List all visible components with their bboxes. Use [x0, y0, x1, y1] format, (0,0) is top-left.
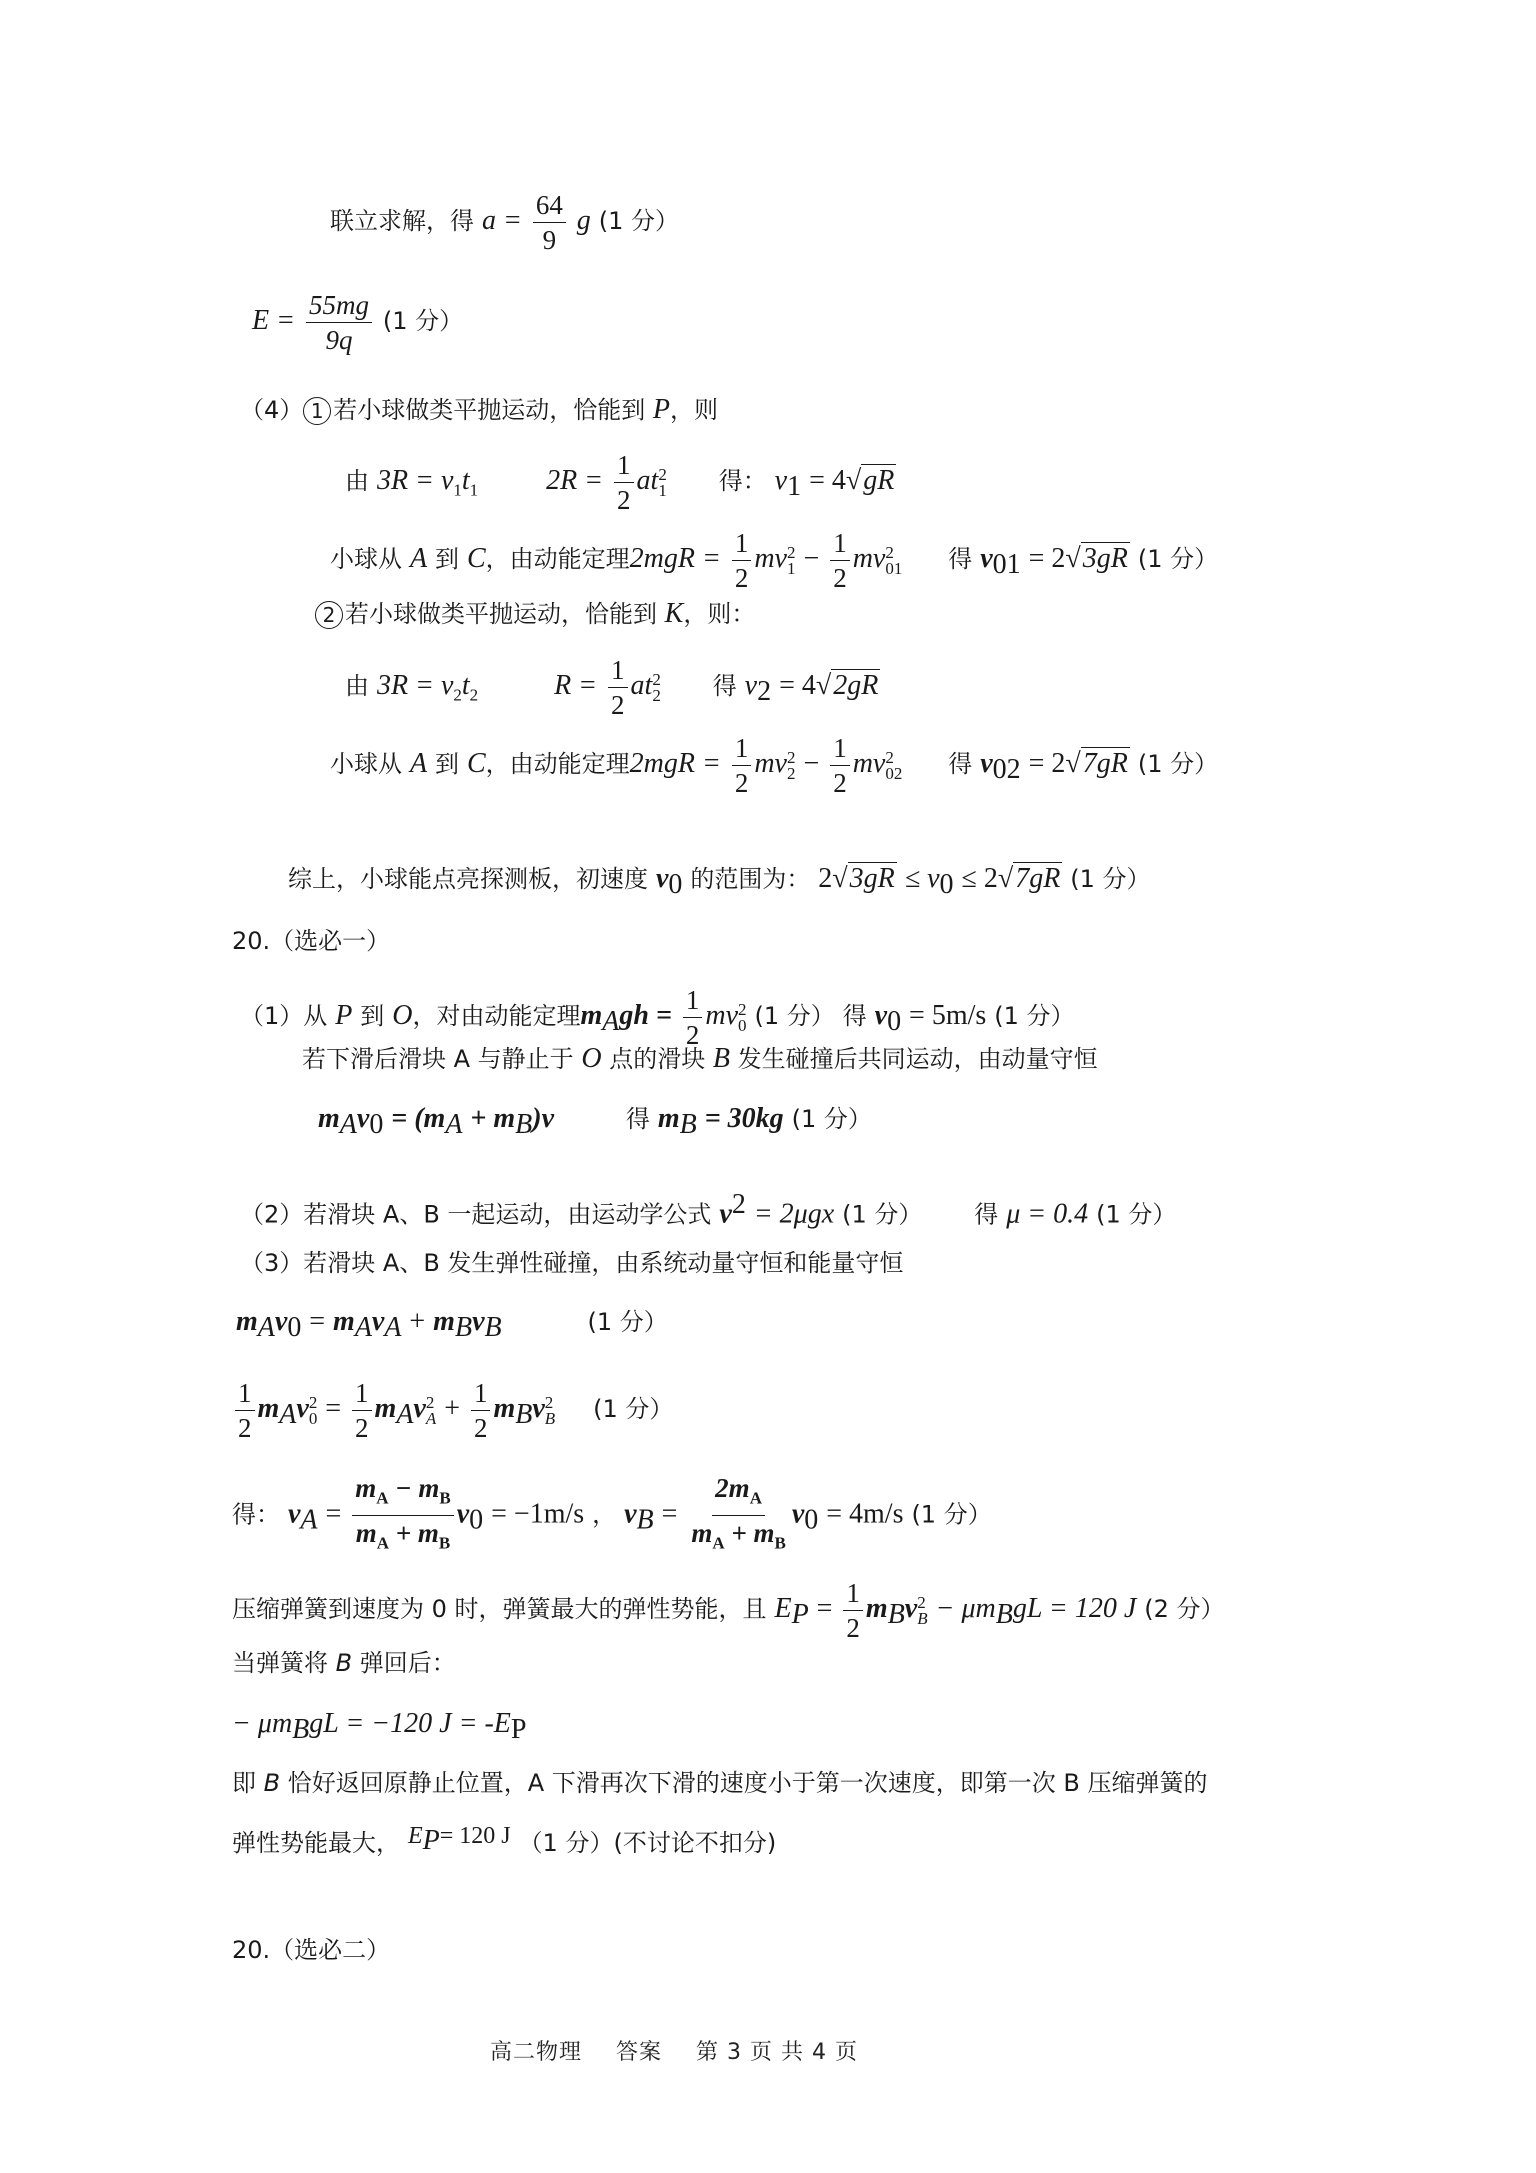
- numerator: 1: [830, 733, 850, 766]
- v: v: [357, 1103, 369, 1134]
- fraction-half: 12: [732, 733, 752, 798]
- t: t: [462, 465, 470, 496]
- page-footer: 高二物理 答案 第 3 页 共 4 页: [490, 2035, 858, 2066]
- q20a-result-line: 得： vA = mA − mBmA + mBv0 = −1m/s ， vB = …: [232, 1473, 992, 1559]
- sub: A: [445, 1109, 462, 1140]
- m: m: [580, 1000, 602, 1031]
- case-text: 若小球做类平抛运动，恰能到: [345, 600, 657, 628]
- text: （2）若滑块 A、B 一起运动，由运动学公式: [240, 1200, 711, 1228]
- text: 弹性势能最大，: [232, 1829, 400, 1857]
- answer-page: 联立求解，得 a = 649 g (1 分） E = 55mg9q (1 分） …: [0, 0, 1536, 2173]
- q20a-momentum-conservation: mAv0 = mAvA + mBvB (1 分）: [236, 1305, 668, 1345]
- fraction-half: 12: [830, 733, 850, 798]
- de-text: 得: [843, 1002, 867, 1030]
- gh: gh =: [619, 1000, 672, 1031]
- fraction-half: 12: [843, 1578, 863, 1643]
- score: (1 分）: [599, 207, 679, 235]
- friction-term: − μm: [936, 1593, 996, 1624]
- denominator: 9q: [322, 323, 355, 355]
- minus: −: [803, 748, 819, 779]
- rhs: = (m: [391, 1103, 445, 1134]
- v: v: [719, 1198, 731, 1229]
- summary-text: 的范围为：: [690, 865, 810, 893]
- case-text-end: ，则：: [683, 600, 755, 628]
- sqrt: √gR: [846, 464, 896, 498]
- numerator: 1: [843, 1578, 863, 1611]
- coef: 2: [818, 863, 832, 894]
- fraction-vB: 2mAmA + mB: [688, 1473, 789, 1559]
- case2-energy-line: 小球从 A 到 C，由动能定理2mgR = 12mv22 − 12mv202 得…: [330, 733, 1218, 798]
- value: = 30kg: [705, 1103, 784, 1134]
- q20a-ep-line: 压缩弹簧到速度为 0 时，弹簧最大的弹性势能，且 EP = 12mBv2B − …: [232, 1578, 1224, 1643]
- sub: A: [602, 1006, 619, 1037]
- numerator: 1: [352, 1378, 372, 1411]
- vA-value: = −1m/s: [491, 1498, 584, 1529]
- radicand: gR: [861, 464, 896, 496]
- radicand: 3gR: [1081, 542, 1130, 574]
- rhs-end: )v: [532, 1103, 554, 1134]
- denominator: 9: [540, 223, 560, 255]
- m: m: [658, 1103, 680, 1134]
- solve-a-line: 联立求解，得 a = 649 g (1 分）: [330, 190, 679, 255]
- point-A: A: [410, 543, 427, 574]
- part4-case1-heading: （4）1若小球做类平抛运动，恰能到 P，则: [240, 393, 718, 427]
- q20a-part2-line: （2）若滑块 A、B 一起运动，由运动学公式 v2 = 2μgx (1 分） 得…: [240, 1188, 1176, 1231]
- q20a-conclusion-line2: 弹性势能最大， EP= 120 J （1 分）(不讨论不扣分): [232, 1826, 776, 1866]
- sub: B: [292, 1714, 309, 1745]
- numerator: 1: [614, 450, 634, 483]
- at: at: [631, 670, 653, 701]
- footer-type: 答案: [616, 2040, 662, 2065]
- score: (1 分）: [1096, 1200, 1176, 1228]
- rhs: = 2μgx: [754, 1198, 834, 1229]
- text: 即: [232, 1769, 256, 1797]
- text: 小球从: [330, 750, 402, 778]
- de-text: 得: [948, 545, 972, 573]
- summary-text: 综上，小球能点亮探测板，初速度: [288, 865, 648, 893]
- v: v: [775, 465, 787, 496]
- mv: mv: [853, 748, 886, 779]
- numerator: 1: [732, 733, 752, 766]
- q20a-energy-conservation: 12mAv20 = 12mAv2A + 12mBv2B (1 分）: [232, 1378, 673, 1443]
- text: 若下滑后滑块 A 与静止于: [302, 1045, 574, 1073]
- footer-page-number: 第 3 页 共 4 页: [696, 2040, 858, 2065]
- ep-value: = 120 J: [440, 1823, 511, 1849]
- v: v: [745, 670, 757, 701]
- v: v: [656, 863, 668, 894]
- score: (1 分）: [593, 1395, 673, 1423]
- point-O: O: [581, 1043, 601, 1074]
- text: 到: [435, 750, 459, 778]
- a-g: g: [577, 205, 591, 236]
- sub: 1: [787, 471, 801, 502]
- q20a-work-line: − μmBgL = −120 J = -EP: [232, 1707, 526, 1747]
- point-label: P: [653, 394, 670, 425]
- sub: 02: [885, 766, 902, 782]
- text: 压缩弹簧到速度为 0 时，弹簧最大的弹性势能，且: [232, 1595, 767, 1623]
- fraction-half: 12: [683, 985, 703, 1050]
- de-text: 得: [626, 1105, 650, 1133]
- at: at: [637, 465, 659, 496]
- mu-value: μ = 0.4: [1006, 1198, 1088, 1229]
- sub: A: [300, 1504, 317, 1535]
- de-text: 得: [713, 672, 737, 700]
- score: (1 分）: [994, 1002, 1074, 1030]
- v: v: [980, 748, 992, 779]
- q20a-conclusion-line1: 即 B 恰好返回原静止位置，A 下滑再次下滑的速度小于第一次速度，即第一次 B …: [232, 1766, 1208, 1800]
- sub: 01: [885, 561, 902, 577]
- q20a-part1-line: （1）从 P 到 O，对由动能定理mAgh = 12mv20 (1 分） 得 v…: [240, 985, 1075, 1050]
- sub: 1: [470, 481, 479, 500]
- numerator: 1: [732, 528, 752, 561]
- text: 发生碰撞后共同运动，由动量守恒: [738, 1045, 1098, 1073]
- sub: P: [792, 1599, 809, 1630]
- score: (1 分）: [1138, 545, 1218, 573]
- t: t: [462, 670, 470, 701]
- sub: 2: [757, 676, 771, 707]
- denominator: 2: [235, 1411, 255, 1443]
- you-text: 由: [345, 467, 369, 495]
- E-lhs: E =: [252, 305, 295, 336]
- sup: 2: [732, 1189, 746, 1220]
- score: (1 分）: [842, 1200, 922, 1228]
- score: (2 分）: [1144, 1595, 1224, 1623]
- score: （1 分）(不讨论不扣分): [519, 1829, 777, 1857]
- m: m: [318, 1103, 340, 1134]
- a-lhs: a =: [482, 205, 522, 236]
- sub: P: [511, 1714, 527, 1745]
- point-C: C: [467, 748, 486, 779]
- block-B: B: [336, 1649, 352, 1677]
- part-label: （1）从: [240, 1002, 327, 1030]
- v: v: [980, 543, 992, 574]
- eq: = 4: [779, 670, 816, 701]
- numerator: 64: [533, 190, 566, 223]
- fraction-half: 12: [608, 655, 628, 720]
- sub: 02: [993, 754, 1021, 785]
- sub: 2: [787, 766, 796, 782]
- sqrt: √7gR: [998, 862, 1062, 896]
- text: ，由动能定理: [486, 545, 630, 573]
- fraction-half: 12: [471, 1378, 491, 1443]
- point-label: K: [665, 598, 684, 629]
- eq-R: R =: [554, 670, 597, 701]
- radicand: 7gR: [1081, 747, 1130, 779]
- point-P: P: [335, 1000, 352, 1031]
- numerator: 1: [235, 1378, 255, 1411]
- sub: 2: [470, 686, 479, 705]
- denominator: 2: [352, 1411, 372, 1443]
- circled-number: 1: [303, 397, 331, 425]
- fraction-55mg-9q: 55mg9q: [306, 290, 372, 355]
- score: (1 分）: [792, 1105, 872, 1133]
- part4-summary-line: 综上，小球能点亮探测板，初速度 v0 的范围为： 2√3gR ≤ v0 ≤ 2√…: [288, 862, 1151, 902]
- solve-text: 联立求解，得: [330, 207, 474, 235]
- q20a-heading: 20.（选必一）: [232, 924, 390, 958]
- case-text: 若小球做类平抛运动，恰能到: [333, 396, 645, 424]
- score: (1 分）: [1070, 865, 1150, 893]
- sub: 0: [738, 1018, 747, 1034]
- vB-value: = 4m/s: [826, 1498, 903, 1529]
- radicand: 7gR: [1013, 862, 1062, 894]
- fraction-64-9: 649: [533, 190, 566, 255]
- case1-energy-line: 小球从 A 到 C，由动能定理2mgR = 12mv21 − 12mv201 得…: [330, 528, 1218, 593]
- part-label: （4）: [240, 396, 303, 424]
- E: E: [408, 1823, 423, 1849]
- value: = 5m/s: [909, 1000, 986, 1031]
- block-B: B: [264, 1769, 280, 1797]
- rhs: gL = −120 J = -E: [309, 1708, 511, 1739]
- numerator: 1: [830, 528, 850, 561]
- denominator: 2: [471, 1411, 491, 1443]
- case-text-end: ，则: [670, 396, 718, 424]
- eq-3R: 3R = v: [377, 465, 453, 496]
- denominator: 2: [830, 766, 850, 798]
- sub: 2: [652, 688, 661, 704]
- mv: mv: [853, 543, 886, 574]
- q20a-rebound-text: 当弹簧将 B 弹回后：: [232, 1646, 456, 1680]
- numerator: 55mg: [306, 290, 372, 323]
- de-text: 得：: [719, 467, 767, 495]
- you-text: 由: [345, 672, 369, 700]
- denominator: 2: [830, 561, 850, 593]
- radicand: 2gR: [831, 669, 880, 701]
- sub: 01: [993, 549, 1021, 580]
- sub: 0: [940, 869, 954, 900]
- eq-3R: 3R = v: [377, 670, 453, 701]
- sqrt: √7gR: [1065, 747, 1129, 781]
- score: (1 分）: [383, 307, 463, 335]
- minus: −: [803, 543, 819, 574]
- sub: B: [680, 1109, 697, 1140]
- radicand: 3gR: [848, 862, 897, 894]
- sub: 1: [787, 561, 796, 577]
- block-B: B: [713, 1043, 730, 1074]
- lhs: 2mgR =: [630, 748, 721, 779]
- ep-value: gL = 120 J: [1013, 1593, 1136, 1624]
- eq: = 2: [1029, 748, 1066, 779]
- eq: = 4: [809, 465, 846, 496]
- text: 弹回后：: [360, 1649, 456, 1677]
- q20a-momentum-line: mAv0 = (mA + mB)v 得 mB = 30kg (1 分）: [318, 1102, 872, 1142]
- v: v: [875, 1000, 887, 1031]
- eq: = 2: [1029, 543, 1066, 574]
- score: (1 分）: [588, 1308, 668, 1336]
- score: (1 分）: [911, 1500, 991, 1528]
- eq-2R: 2R =: [546, 465, 603, 496]
- case1-kinematics-line: 由 3R = v1t1 2R = 12at21 得： v1 = 4√gR: [345, 450, 896, 515]
- text: ，由动能定理: [486, 750, 630, 778]
- sub: 0: [369, 1109, 383, 1140]
- le: ≤ 2: [961, 863, 997, 894]
- fraction-half: 12: [352, 1378, 372, 1443]
- point-C: C: [467, 543, 486, 574]
- mv: mv: [705, 1000, 738, 1031]
- numerator: 1: [471, 1378, 491, 1411]
- fraction-vA: mA − mBmA + mB: [352, 1473, 454, 1559]
- plus: + m: [470, 1103, 515, 1134]
- numerator: 1: [683, 985, 703, 1018]
- comma: ，: [592, 1500, 616, 1528]
- lhs: − μm: [232, 1708, 292, 1739]
- fraction-half: 12: [614, 450, 634, 515]
- sqrt: √3gR: [1065, 542, 1129, 576]
- E: E: [774, 1593, 791, 1624]
- denominator: 2: [732, 561, 752, 593]
- footer-subject: 高二物理: [490, 2040, 582, 2065]
- text: 点的滑块: [609, 1045, 705, 1073]
- text: 当弹簧将: [232, 1649, 328, 1677]
- sub: P: [423, 1825, 440, 1856]
- circled-number: 2: [315, 601, 343, 629]
- q20a-collision-text: 若下滑后滑块 A 与静止于 O 点的滑块 B 发生碰撞后共同运动，由动量守恒: [302, 1042, 1098, 1076]
- sub: 1: [658, 483, 667, 499]
- fraction-half: 12: [830, 528, 850, 593]
- case2-kinematics-line: 由 3R = v2t2 R = 12at22 得 v2 = 4√2gR: [345, 655, 880, 720]
- denominator: 2: [732, 766, 752, 798]
- mv: mv: [754, 543, 787, 574]
- text: 到: [360, 1002, 384, 1030]
- text: ，对由动能定理: [412, 1002, 580, 1030]
- text: 恰好返回原静止位置，A 下滑再次下滑的速度小于第一次速度，即第一次 B 压缩弹簧…: [288, 1769, 1208, 1797]
- numerator: 1: [608, 655, 628, 688]
- sub: 2: [453, 686, 462, 705]
- q20b-heading: 20.（选必二）: [232, 1933, 390, 1967]
- de-text: 得: [974, 1200, 998, 1228]
- le: ≤ v: [905, 863, 940, 894]
- score: (1 分）: [754, 1002, 834, 1030]
- point-A: A: [410, 748, 427, 779]
- q20a-part3-heading: （3）若滑块 A、B 发生弹性碰撞，由系统动量守恒和能量守恒: [240, 1246, 903, 1280]
- fraction-half: 12: [732, 528, 752, 593]
- text: 到: [435, 545, 459, 573]
- part4-case2-heading: 2若小球做类平抛运动，恰能到 K，则：: [315, 597, 755, 631]
- lhs: 2mgR =: [630, 543, 721, 574]
- sqrt: √3gR: [832, 862, 896, 896]
- mv: mv: [754, 748, 787, 779]
- de-text: 得：: [232, 1500, 280, 1528]
- sub: 1: [453, 481, 462, 500]
- denominator: 2: [608, 688, 628, 720]
- sub: 0: [668, 869, 682, 900]
- fraction-half: 12: [235, 1378, 255, 1443]
- de-text: 得: [948, 750, 972, 778]
- point-O: O: [392, 1000, 412, 1031]
- E-line: E = 55mg9q (1 分）: [252, 290, 463, 355]
- text: 小球从: [330, 545, 402, 573]
- sub: B: [515, 1109, 532, 1140]
- denominator: 2: [843, 1611, 863, 1643]
- sub: A: [340, 1109, 357, 1140]
- sub: 0: [887, 1006, 901, 1037]
- score: (1 分）: [1138, 750, 1218, 778]
- sqrt: √2gR: [816, 669, 880, 703]
- v: v: [288, 1498, 300, 1529]
- denominator: 2: [614, 483, 634, 515]
